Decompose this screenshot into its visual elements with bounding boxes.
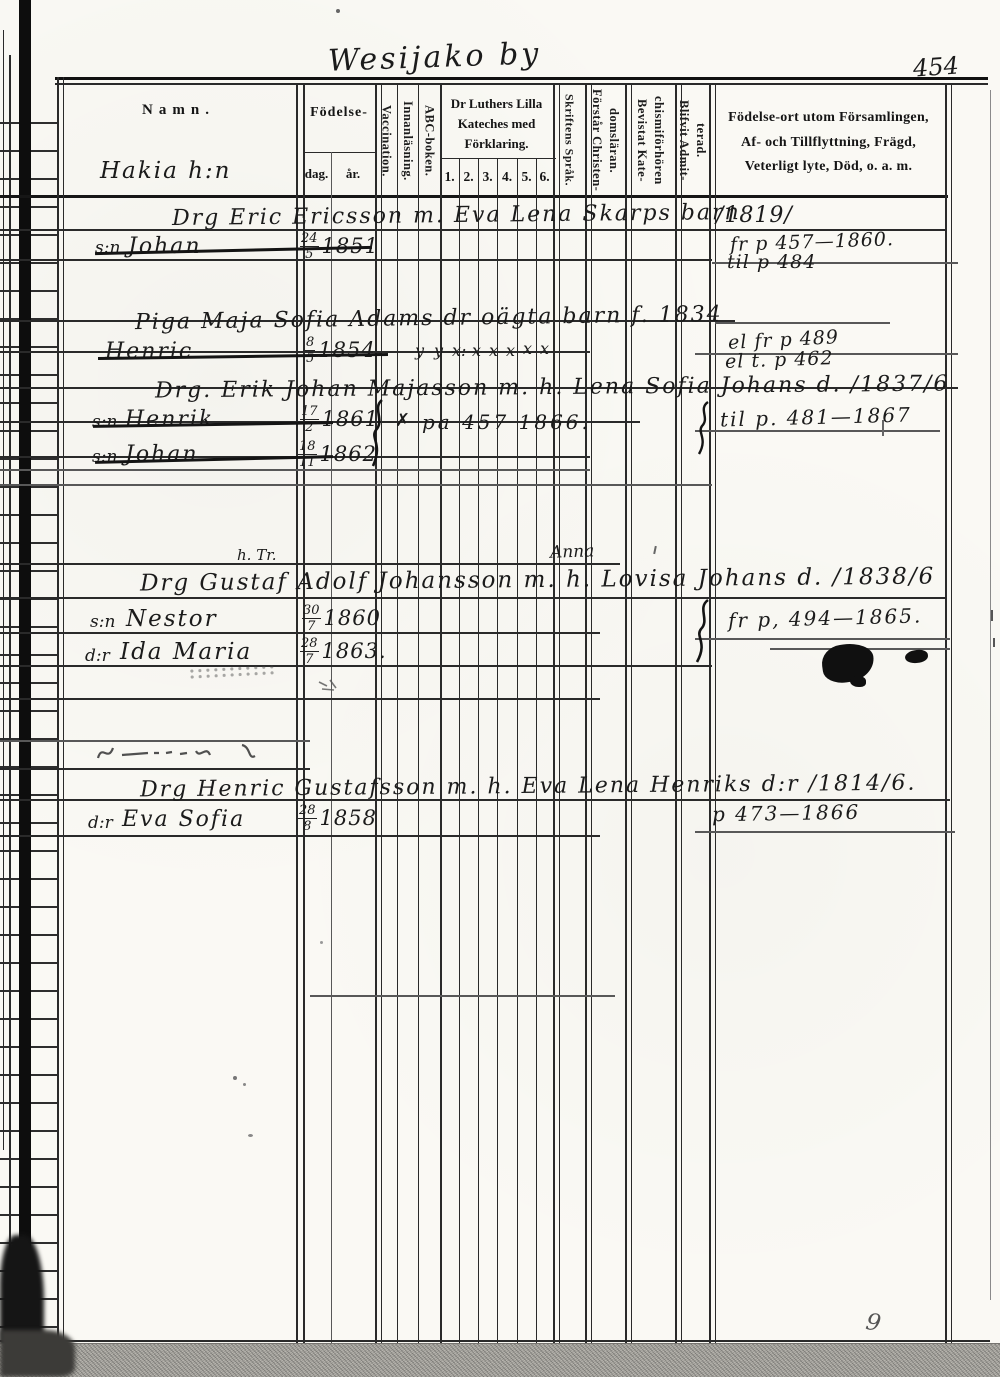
grid-line-v bbox=[709, 85, 711, 1343]
pen-mark bbox=[993, 638, 995, 647]
grid-line-h bbox=[303, 152, 375, 153]
grid-line-h bbox=[0, 469, 590, 471]
child-prefix: s:n bbox=[90, 612, 115, 632]
grid-line-h bbox=[55, 83, 988, 85]
assessment-mark: x: bbox=[452, 341, 466, 360]
speck bbox=[336, 9, 340, 13]
child-name: Johan bbox=[128, 234, 202, 259]
scan-noise-band bbox=[0, 1343, 1000, 1377]
pen-scratch bbox=[316, 676, 342, 694]
grid-line-v bbox=[418, 85, 419, 1343]
grid-line-h bbox=[715, 322, 890, 324]
grid-line-h bbox=[0, 768, 310, 770]
grid-line-v bbox=[536, 158, 537, 1343]
record-head-note: /1819/ bbox=[716, 203, 793, 228]
col-header-ar: år. bbox=[331, 166, 375, 182]
child-name: Nestor bbox=[126, 606, 218, 632]
grid-line-v bbox=[440, 85, 442, 1343]
grid-line-v bbox=[945, 85, 947, 1343]
grid-line-h bbox=[0, 563, 620, 565]
grid-line-v bbox=[585, 85, 587, 1343]
grid-line-h bbox=[0, 597, 945, 599]
grid-line-v bbox=[553, 85, 555, 1343]
grid-line-v bbox=[625, 85, 627, 1343]
grid-line-h bbox=[0, 1340, 990, 1342]
binding-shadow bbox=[19, 0, 31, 1377]
grid-line-v bbox=[478, 158, 479, 1343]
grid-line-v bbox=[951, 85, 952, 1343]
grid-line-v bbox=[559, 85, 560, 1343]
pen-mark bbox=[653, 546, 657, 554]
check-mark: ✗ bbox=[395, 410, 410, 431]
grid-line-h bbox=[55, 77, 988, 80]
pen-mark bbox=[882, 420, 884, 436]
assessment-mark: x bbox=[540, 339, 549, 358]
child-prefix: s:n bbox=[92, 447, 117, 467]
grid-line-h bbox=[0, 835, 600, 837]
grid-line-v bbox=[675, 85, 677, 1343]
record-note: fr p, 494—1865. bbox=[728, 603, 923, 632]
bottom-pen-mark: 9 bbox=[864, 1309, 883, 1337]
assessment-mark: x bbox=[472, 341, 481, 360]
grid-line-v bbox=[497, 158, 498, 1343]
brace-mark bbox=[692, 598, 714, 664]
assessment-mark: x bbox=[489, 341, 498, 360]
grid-line-h bbox=[310, 995, 615, 997]
katekes-num-3: 3. bbox=[478, 169, 497, 185]
record-head: Piga Maja Sofia Adams dr oägta barn f. 1… bbox=[135, 302, 723, 335]
assessment-mark: x bbox=[523, 339, 532, 358]
record-head: Drg Gustaf Adolf Johansson m. h. Lovisa … bbox=[140, 564, 935, 597]
page-edge-line bbox=[3, 30, 4, 1150]
grid-line-v bbox=[459, 158, 460, 1343]
grid-line-v bbox=[517, 158, 518, 1343]
grid-line-h bbox=[0, 351, 590, 353]
record-note: p 473—1866 bbox=[712, 800, 861, 827]
record-head: Drg. Erik Johan Majasson m. h. Lena Sofi… bbox=[155, 372, 950, 404]
katekes-num-6: 6. bbox=[536, 169, 553, 185]
child-prefix: s:n bbox=[92, 412, 117, 432]
col-header-dag: dag. bbox=[302, 166, 331, 182]
assessment-mark: x bbox=[506, 341, 515, 360]
ink-blot bbox=[850, 676, 866, 687]
child-name: Ida Maria bbox=[120, 639, 252, 665]
grid-line-v bbox=[375, 85, 377, 1343]
facing-page-edge bbox=[990, 90, 991, 1300]
grid-line-h bbox=[695, 831, 955, 833]
birth-date: 1811 1862 bbox=[298, 439, 377, 469]
grid-line-v bbox=[681, 85, 682, 1343]
grid-line-h bbox=[0, 484, 712, 486]
bleedthrough-scribble bbox=[92, 740, 292, 766]
child-prefix: s:n bbox=[95, 238, 120, 258]
col-header-katekes: Dr Luthers Lilla Kateches med Förklaring… bbox=[440, 94, 553, 154]
col-header-vaccination: Vaccination. bbox=[375, 87, 397, 194]
col-header-bevistat-katechismiforhoren: Bevistat Kate- chismiförhören bbox=[625, 87, 675, 194]
grid-line-v bbox=[303, 85, 305, 1343]
grid-line-v bbox=[57, 77, 59, 1345]
assessment-mark: y bbox=[415, 341, 424, 360]
grid-line-h bbox=[0, 698, 600, 700]
grid-line-v bbox=[381, 85, 382, 1343]
child-name: Henrik bbox=[125, 407, 214, 432]
birth-date: 85 1854 bbox=[305, 335, 376, 365]
speck bbox=[248, 1134, 253, 1137]
katekes-num-2: 2. bbox=[459, 169, 478, 185]
brace-mark bbox=[694, 400, 714, 456]
birth-date: 307 1860 bbox=[302, 603, 381, 633]
col-header-fodelseort: Födelse-ort utom Församlingen, Af- och T… bbox=[712, 106, 945, 180]
speck bbox=[243, 1083, 246, 1086]
grid-line-v bbox=[631, 85, 632, 1343]
grid-line-v bbox=[397, 85, 398, 1343]
record-note: el t. p 462 bbox=[725, 347, 834, 373]
grid-line-v bbox=[296, 85, 298, 1343]
katekes-num-4: 4. bbox=[497, 169, 517, 185]
ink-blot bbox=[904, 649, 928, 664]
marginal-note: h. Tr. bbox=[237, 546, 277, 564]
grid-line-v bbox=[591, 85, 592, 1343]
pen-mark bbox=[991, 610, 993, 621]
grid-line-v bbox=[715, 85, 716, 1343]
katekes-num-5: 5. bbox=[517, 169, 536, 185]
record-note: til p 484 bbox=[727, 251, 816, 273]
village-title: Wesijako by bbox=[327, 36, 541, 78]
col-header-innanlasning: Innanläsning. bbox=[397, 87, 418, 194]
child-name: Eva Sofia bbox=[122, 807, 245, 832]
col-header-abc-boken: ABC-boken. bbox=[418, 87, 440, 194]
birth-date: 287 1863. bbox=[300, 636, 387, 666]
namn-handwritten-subtitle: Hakia h:n bbox=[100, 158, 231, 184]
assessment-mark: y bbox=[434, 341, 443, 360]
scan-shadow bbox=[0, 1330, 75, 1377]
child-name: Johan bbox=[125, 442, 199, 467]
child-prefix: d:r bbox=[88, 813, 113, 833]
speck bbox=[233, 1076, 237, 1080]
speck bbox=[320, 941, 323, 944]
col-header-fodelse: Födelse- bbox=[303, 105, 375, 121]
record-note: pa 457 1866. bbox=[422, 410, 591, 434]
church-record-page: Wesijako by 454 Namn. Hakia h:n Födelse-… bbox=[0, 0, 1000, 1377]
interlinear-note: Anna bbox=[550, 541, 595, 563]
birth-date: 288 1858 bbox=[298, 803, 377, 833]
record-head: Drg Henric Gustafsson m. h. Eva Lena Hen… bbox=[140, 771, 917, 803]
child-name: Henric bbox=[105, 339, 193, 364]
page-edge-line bbox=[9, 55, 11, 1377]
grid-line-h bbox=[695, 638, 950, 640]
katekes-num-1: 1. bbox=[440, 169, 459, 185]
header-bottom-rule bbox=[0, 195, 948, 198]
grid-line-h bbox=[440, 158, 556, 159]
child-prefix: d:r bbox=[85, 646, 110, 666]
col-header-skriftens-sprak: Skriftens Språk. bbox=[553, 87, 585, 194]
grid-line-h bbox=[0, 632, 600, 634]
col-header-namn: Namn. bbox=[60, 102, 297, 119]
grid-line-v bbox=[63, 77, 64, 1345]
record-head: Drg Eric Ericsson m. Eva Lena Skarps bar… bbox=[172, 200, 741, 231]
